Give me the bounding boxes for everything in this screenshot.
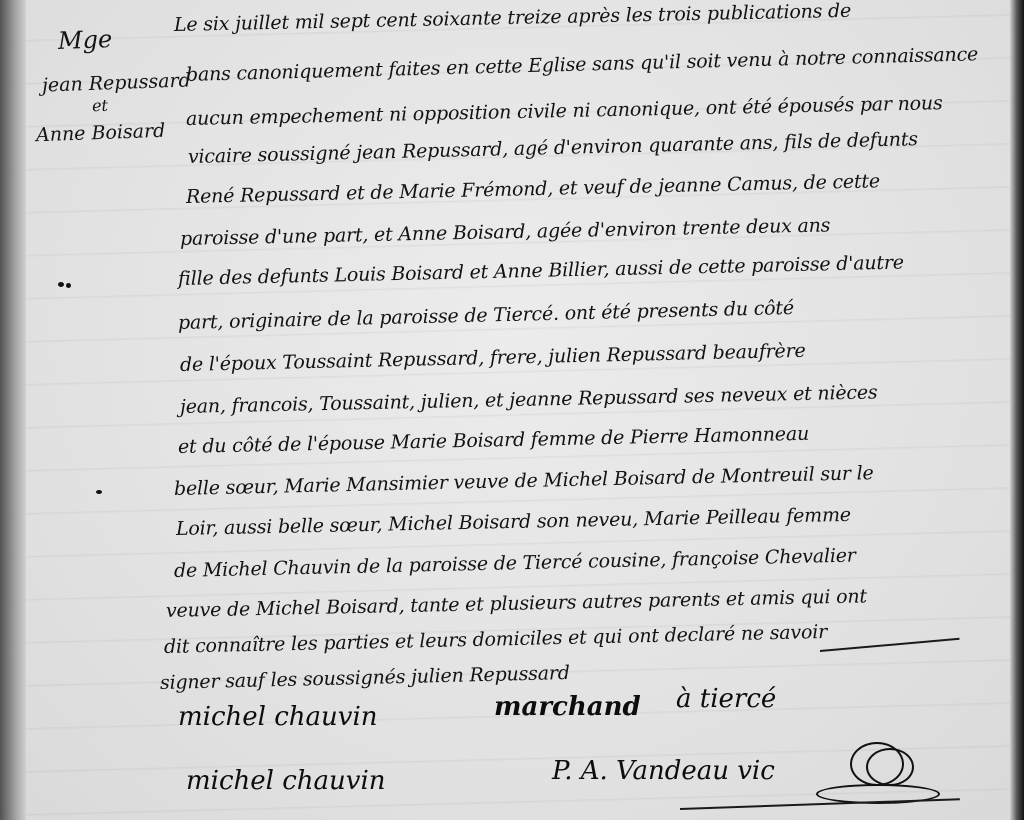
text-line-5: René Repussard et de Marie Frémond, et v… bbox=[186, 170, 880, 208]
text-line-17: signer sauf les soussignés julien Repuss… bbox=[160, 662, 570, 694]
signature-michel-chauvin-2: michel chauvin bbox=[186, 766, 386, 796]
margin-conjunction: et bbox=[92, 96, 109, 116]
text-line-3: aucun empechement ni opposition civile n… bbox=[186, 92, 943, 130]
text-line-13: Loir, aussi belle sœur, Michel Boisard s… bbox=[176, 504, 851, 540]
text-line-2: bans canoniquement faites en cette Eglis… bbox=[186, 43, 979, 86]
signature-place: à tiercé bbox=[676, 684, 776, 714]
margin-bride-name: Anne Boisard bbox=[36, 120, 166, 146]
text-line-7: fille des defunts Louis Boisard et Anne … bbox=[178, 252, 904, 290]
closing-underline bbox=[820, 638, 960, 652]
text-line-8: part, originaire de la paroisse de Tierc… bbox=[178, 297, 794, 334]
signature-michel-chauvin-1: michel chauvin bbox=[178, 702, 378, 732]
ink-speck bbox=[58, 282, 64, 287]
text-line-4: vicaire soussigné jean Repussard, agé d'… bbox=[188, 128, 918, 168]
ink-speck bbox=[66, 283, 71, 288]
page-right-edge bbox=[1010, 0, 1024, 820]
text-line-10: jean, francois, Toussaint, julien, et je… bbox=[180, 381, 878, 418]
text-line-15: veuve de Michel Boisard, tante et plusie… bbox=[166, 585, 867, 622]
manuscript-page: Mge jean Repussard et Anne Boisard Le si… bbox=[0, 0, 1024, 820]
margin-groom-name: jean Repussard bbox=[42, 69, 191, 96]
text-line-6: paroisse d'une part, et Anne Boisard, ag… bbox=[180, 214, 831, 250]
ink-speck bbox=[96, 490, 102, 494]
text-line-1: Le six juillet mil sept cent soixante tr… bbox=[174, 0, 852, 36]
margin-heading: Mge bbox=[58, 25, 113, 55]
signature-occupation: marchand bbox=[494, 692, 641, 722]
text-line-14: de Michel Chauvin de la paroisse de Tier… bbox=[174, 545, 856, 582]
signature-paraph-flourish bbox=[866, 748, 914, 786]
text-line-9: de l'époux Toussaint Repussard, frere, j… bbox=[180, 340, 806, 376]
text-line-16: dit connaître les parties et leurs domic… bbox=[164, 621, 827, 658]
signature-officiant: P. A. Vandeau vic bbox=[552, 756, 775, 786]
signature-underline bbox=[680, 798, 960, 810]
text-line-12: belle sœur, Marie Mansimier veuve de Mic… bbox=[174, 462, 874, 500]
text-line-11: et du côté de l'épouse Marie Boisard fem… bbox=[178, 423, 809, 458]
binding-edge bbox=[0, 0, 26, 820]
